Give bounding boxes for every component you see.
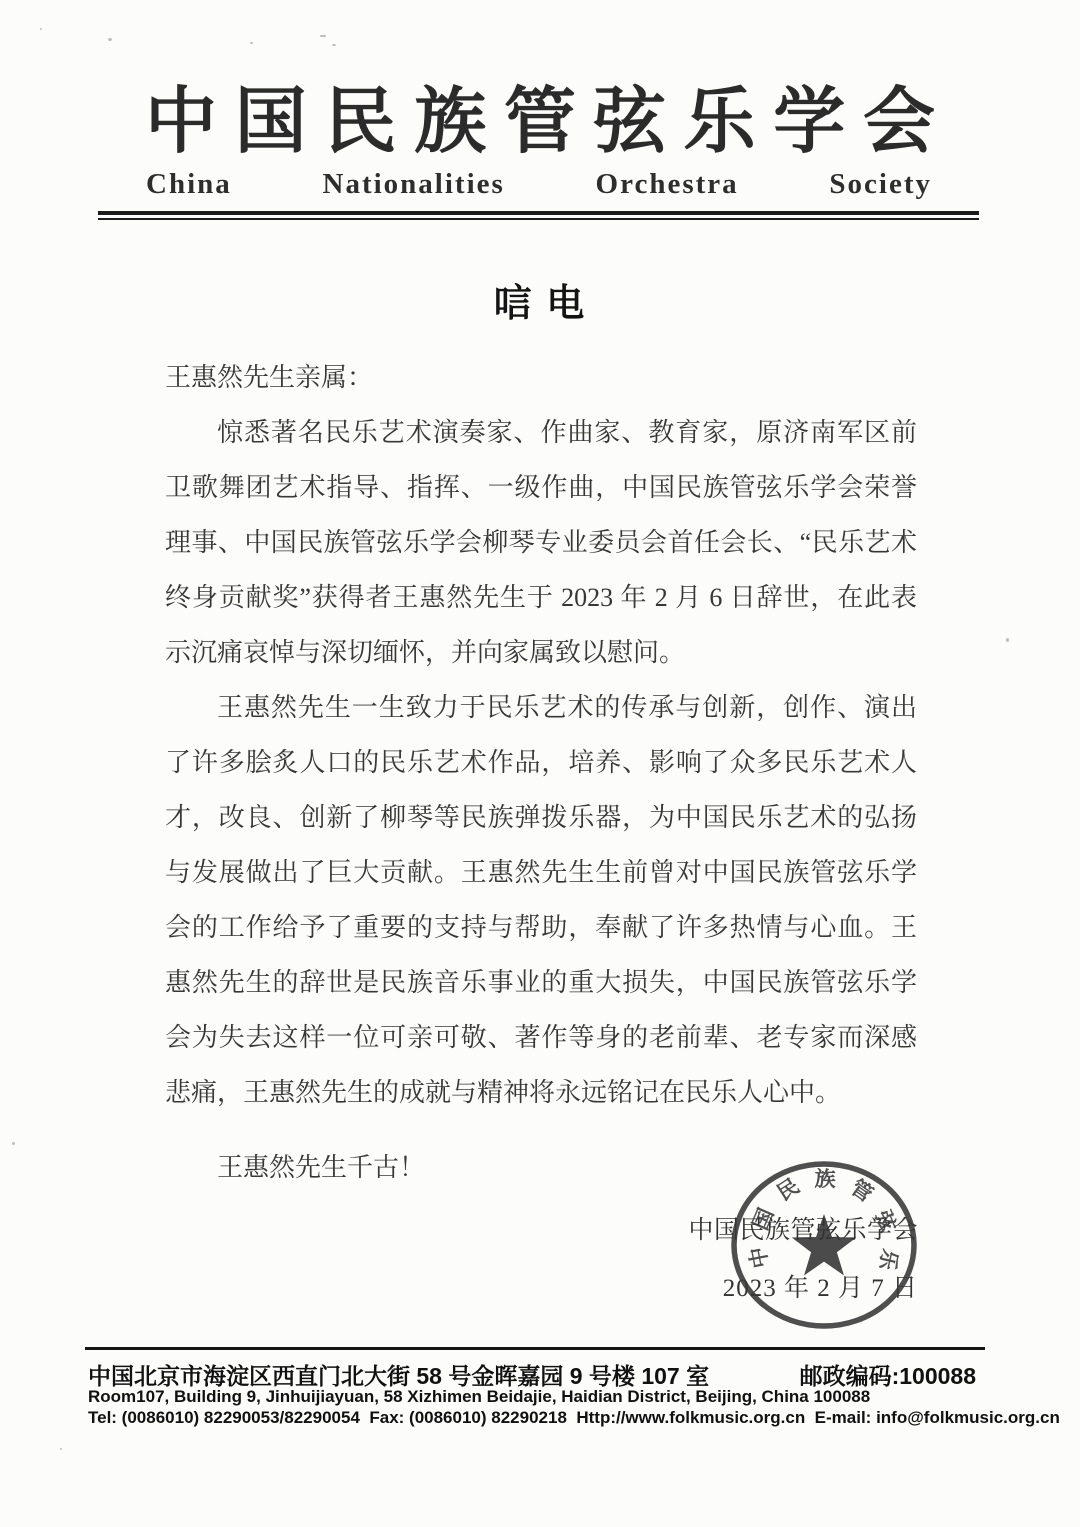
- salutation: 王惠然先生亲属：: [165, 350, 917, 405]
- paragraph-2: 王惠然先生一生致力于民乐艺术的传承与创新，创作、演出了许多脍炙人口的民乐艺术作品…: [165, 680, 917, 1120]
- scan-speck: [40, 28, 42, 30]
- footer-divider: [85, 1347, 985, 1350]
- letter-body: 王惠然先生亲属： 惊悉著名民乐艺术演奏家、作曲家、教育家，原济南军区前卫歌舞团艺…: [165, 350, 917, 1195]
- org-name-english: China Nationalities Orchestra Society: [146, 168, 932, 201]
- scan-speck: [108, 38, 112, 41]
- five-pointed-star-icon: [792, 1214, 857, 1276]
- scan-speck: [250, 42, 253, 44]
- scanned-condolence-letter: 中国民族管弦乐学会 China Nationalities Orchestra …: [0, 0, 1080, 1527]
- org-name-chinese: 中国民族管弦乐学会: [145, 74, 935, 170]
- footer-address-english: Room107, Building 9, Jinhuijiayuan, 58 X…: [88, 1387, 870, 1407]
- scan-speck: [12, 1142, 15, 1145]
- paragraph-1: 惊悉著名民乐艺术演奏家、作曲家、教育家，原济南军区前卫歌舞团艺术指导、指挥、一级…: [165, 405, 917, 680]
- scan-speck: [332, 44, 336, 46]
- scan-speck: [1006, 638, 1009, 642]
- footer-contact-line: Tel: (0086010) 82290053/82290054 Fax: (0…: [88, 1408, 1060, 1428]
- scan-speck: [60, 1448, 62, 1450]
- scan-speck: [320, 35, 326, 37]
- official-seal: 中国民族管弦乐学会: [729, 1160, 921, 1332]
- letterhead-double-rule: [98, 211, 979, 220]
- letter-title: 唁 电: [0, 272, 1080, 327]
